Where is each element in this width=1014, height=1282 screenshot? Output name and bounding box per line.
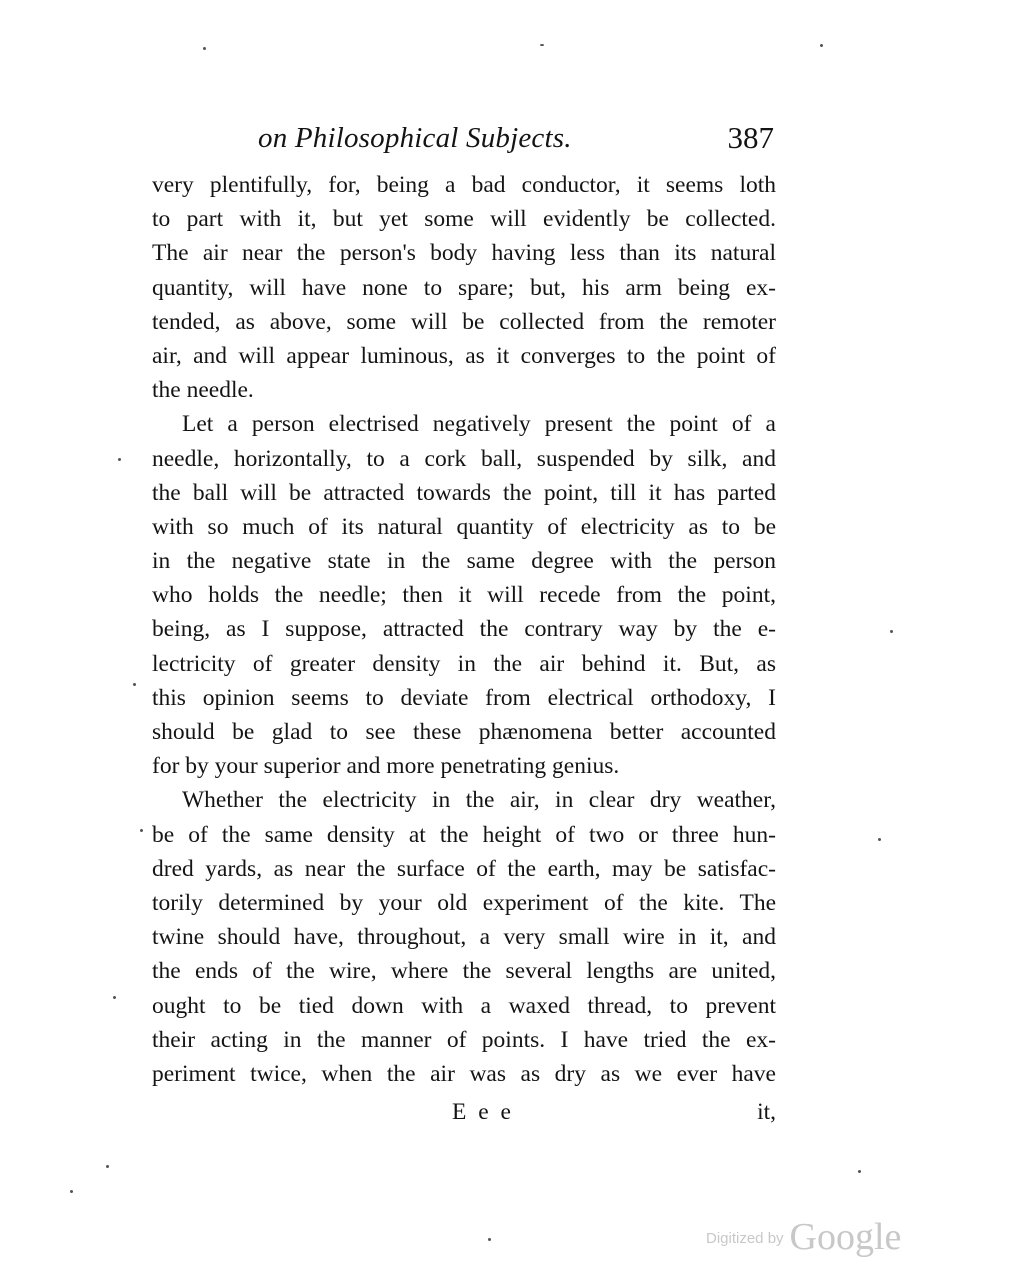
- text-line: The air near the person's body having le…: [152, 236, 776, 270]
- text-line: ought to be tied down with a waxed threa…: [152, 989, 776, 1023]
- text-line: in the negative state in the same degree…: [152, 544, 776, 578]
- scan-speck: [203, 47, 206, 50]
- text-line: their acting in the manner of points. I …: [152, 1023, 776, 1057]
- text-line: air, and will appear luminous, as it con…: [152, 339, 776, 373]
- scan-speck: [118, 458, 121, 461]
- text-line: torily determined by your old experiment…: [152, 886, 776, 920]
- text-line: should be glad to see these phænomena be…: [152, 715, 776, 749]
- text-line: dred yards, as near the surface of the e…: [152, 852, 776, 886]
- signature-mark: E e e: [452, 1095, 514, 1129]
- watermark-prefix: Digitized by: [706, 1230, 784, 1247]
- catchword: it,: [757, 1095, 776, 1129]
- text-line: the needle.: [152, 373, 776, 407]
- page-number: 387: [728, 120, 775, 156]
- scan-speck: [890, 630, 893, 633]
- scan-speck: [113, 996, 116, 999]
- text-line: twine should have, throughout, a very sm…: [152, 920, 776, 954]
- scan-speck: [820, 44, 823, 47]
- scan-speck: [488, 1238, 491, 1241]
- body-text: very plentifully, for, being a bad condu…: [152, 168, 776, 1091]
- running-head: on Philosophical Subjects. 387: [258, 120, 788, 160]
- scanned-book-page: on Philosophical Subjects. 387 very plen…: [0, 0, 1014, 1282]
- scan-speck: [133, 683, 136, 686]
- watermark-brand: Google: [790, 1216, 902, 1258]
- scan-speck: [540, 44, 544, 46]
- text-line: lectricity of greater density in the air…: [152, 647, 776, 681]
- text-line: the ball will be attracted towards the p…: [152, 476, 776, 510]
- digitized-by-watermark: Digitized by Google: [706, 1215, 901, 1259]
- text-line: periment twice, when the air was as dry …: [152, 1057, 776, 1091]
- text-line: to part with it, but yet some will evide…: [152, 202, 776, 236]
- text-line: needle, horizontally, to a cork ball, su…: [152, 442, 776, 476]
- text-line: very plentifully, for, being a bad condu…: [152, 168, 776, 202]
- paragraph-start-line: Whether the electricity in the air, in c…: [152, 783, 776, 817]
- text-line: with so much of its natural quantity of …: [152, 510, 776, 544]
- scan-speck: [858, 1170, 861, 1173]
- text-line: this opinion seems to deviate from elect…: [152, 681, 776, 715]
- scan-speck: [878, 838, 881, 841]
- text-line: be of the same density at the height of …: [152, 818, 776, 852]
- scan-speck: [106, 1165, 109, 1168]
- text-line: tended, as above, some will be collected…: [152, 305, 776, 339]
- scan-speck: [140, 829, 143, 832]
- scan-speck: [70, 1190, 73, 1193]
- text-line: who holds the needle; then it will reced…: [152, 578, 776, 612]
- text-line: quantity, will have none to spare; but, …: [152, 271, 776, 305]
- paragraph-start-line: Let a person electrised negatively prese…: [152, 407, 776, 441]
- text-line: being, as I suppose, attracted the contr…: [152, 612, 776, 646]
- text-line: for by your superior and more penetratin…: [152, 749, 776, 783]
- text-line: the ends of the wire, where the several …: [152, 954, 776, 988]
- running-title: on Philosophical Subjects.: [258, 122, 572, 155]
- page-footer: E e e it,: [152, 1095, 776, 1129]
